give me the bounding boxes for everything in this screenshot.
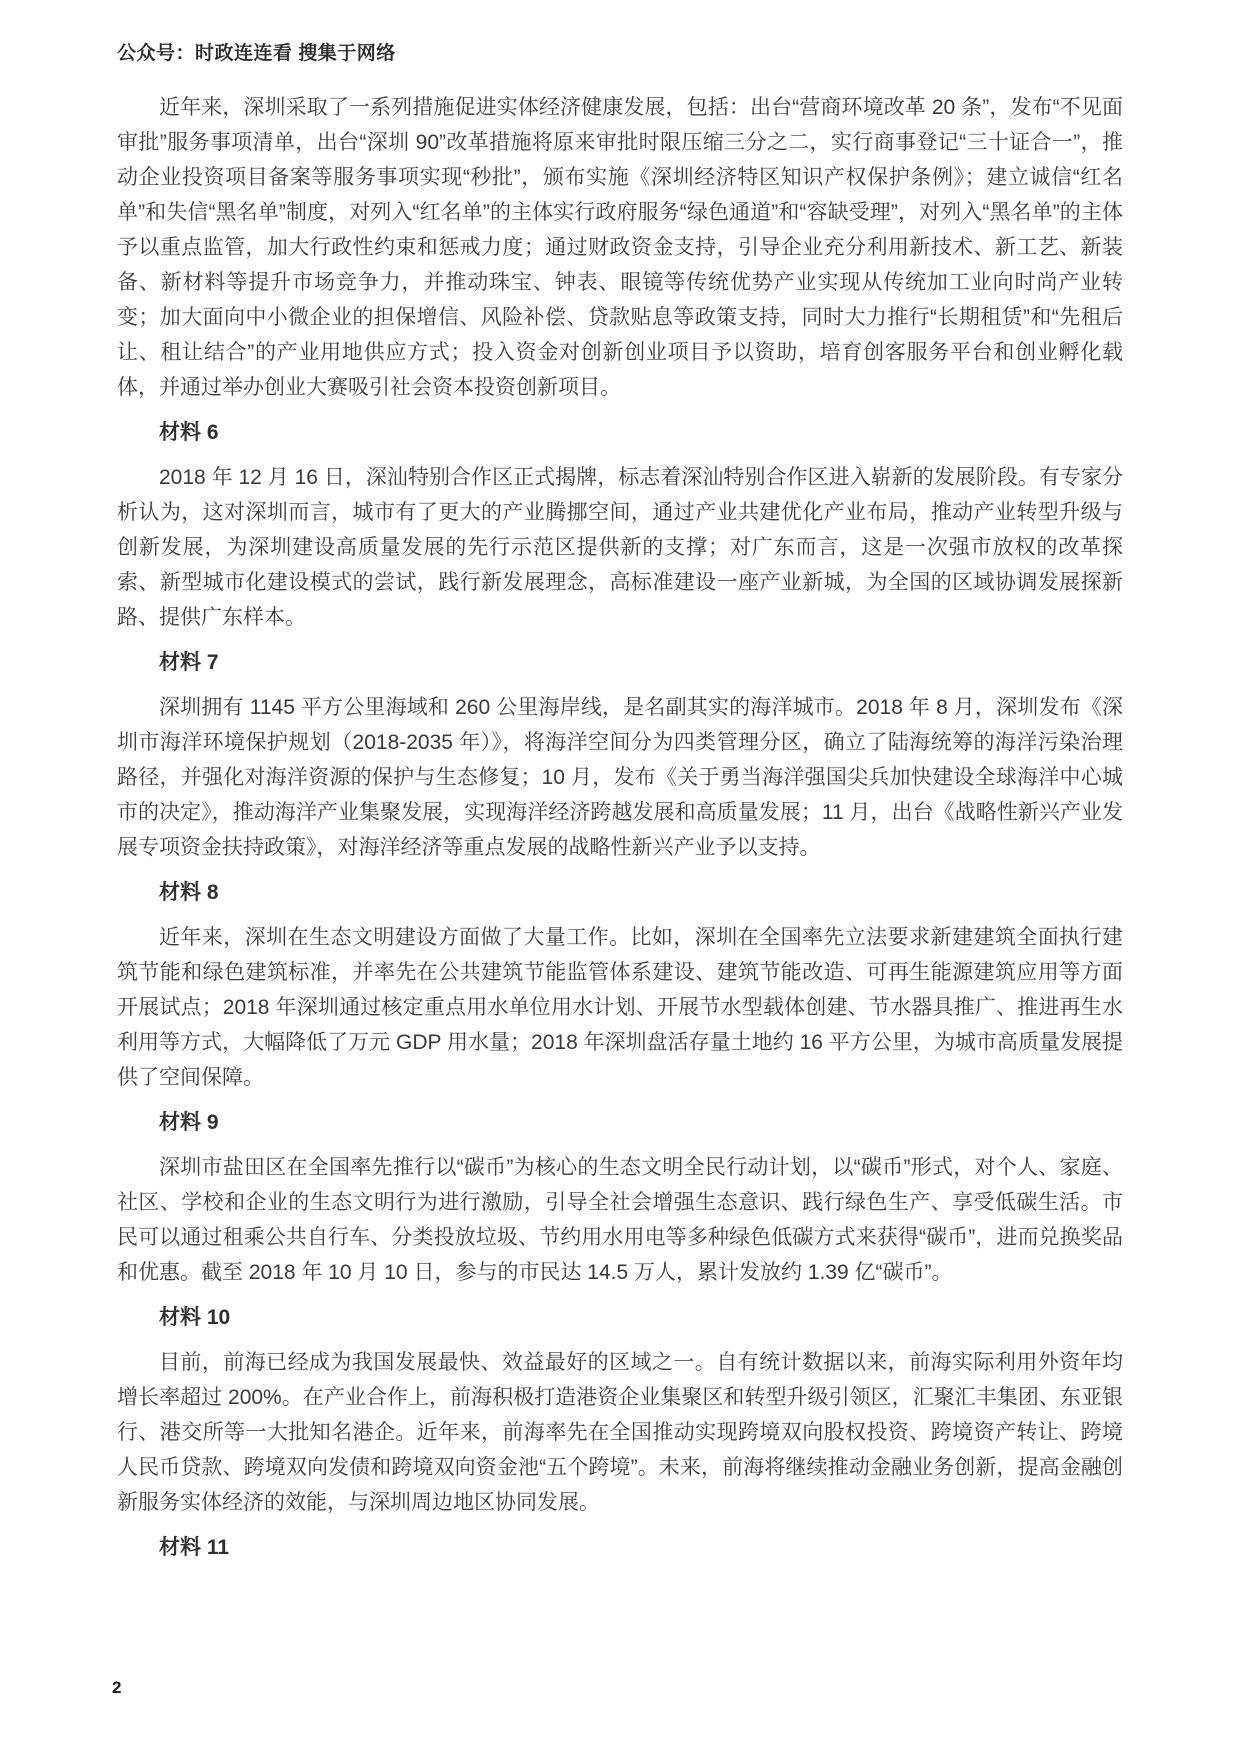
body-paragraph: 近年来，深圳采取了一系列措施促进实体经济健康发展，包括：出台“营商环境改革 20…: [117, 90, 1123, 405]
material-heading: 材料 6: [117, 415, 1123, 450]
material-heading: 材料 9: [117, 1105, 1123, 1140]
page-header: 公众号：时政连连看 搜集于网络: [117, 38, 396, 65]
material-heading: 材料 7: [117, 645, 1123, 680]
material-heading: 材料 8: [117, 875, 1123, 910]
body-paragraph: 目前，前海已经成为我国发展最快、效益最好的区域之一。自有统计数据以来，前海实际利…: [117, 1345, 1123, 1520]
material-heading: 材料 11: [117, 1530, 1123, 1565]
material-heading: 材料 10: [117, 1300, 1123, 1335]
body-paragraph: 近年来，深圳在生态文明建设方面做了大量工作。比如，深圳在全国率先立法要求新建建筑…: [117, 920, 1123, 1095]
body-paragraph: 2018 年 12 月 16 日，深汕特别合作区正式揭牌，标志着深汕特别合作区进…: [117, 460, 1123, 635]
page-number: 2: [112, 1678, 121, 1698]
body-paragraph: 深圳拥有 1145 平方公里海域和 260 公里海岸线，是名副其实的海洋城市。2…: [117, 690, 1123, 865]
body-paragraph: 深圳市盐田区在全国率先推行以“碳币”为核心的生态文明全民行动计划，以“碳币”形式…: [117, 1150, 1123, 1290]
document-content: 近年来，深圳采取了一系列措施促进实体经济健康发展，包括：出台“营商环境改革 20…: [117, 90, 1123, 1575]
